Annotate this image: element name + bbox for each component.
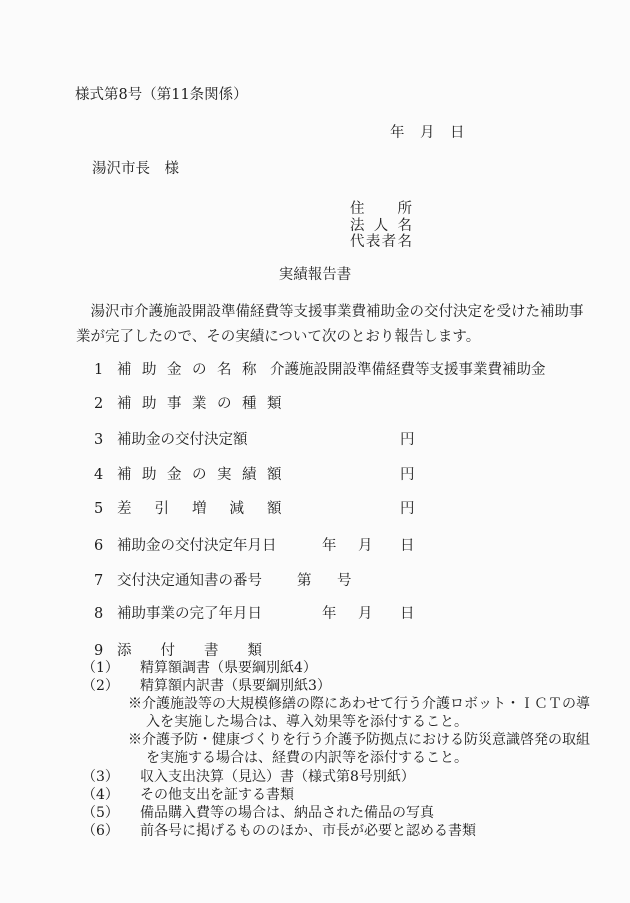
date-day-label: 日	[400, 606, 415, 623]
form-number: 様式第8号（第11条関係）	[75, 87, 248, 104]
item-label: 補助金の交付決定額	[117, 432, 248, 449]
sender-block: 住所 法人名 代表者名	[350, 201, 412, 251]
number-prefix-label: 第	[297, 573, 312, 590]
attachment-row-5: （5） 備品購入費等の場合は、納品された備品の写真	[0, 805, 630, 825]
recipient: 湯沢市長 様	[92, 161, 179, 178]
body-paragraph: 湯沢市介護施設開設準備経費等支援事業費補助金の交付決定を受けた補助事業が完了した…	[76, 300, 586, 350]
item-number: 3	[94, 432, 103, 449]
date-month-label: 月	[358, 606, 373, 623]
sender-rep-label: 代表者名	[350, 234, 412, 251]
date-year-label: 年	[322, 606, 337, 623]
item-row-6: 6 補助金の交付決定年月日 年 月 日	[0, 538, 630, 558]
item-row-5: 5 差引増減額 円	[0, 501, 630, 521]
attachment-row-3: （3） 収入支出決算（見込）書（様式第8号別紙）	[0, 769, 630, 789]
attachment-text: 精算額調書（県要綱別紙4）	[140, 660, 317, 677]
item-number: 7	[94, 573, 103, 590]
date-day-label: 日	[400, 538, 415, 555]
attachment-text: 備品購入費等の場合は、納品された備品の写真	[140, 805, 434, 822]
attachment-text: その他支出を証する書類	[140, 787, 294, 804]
item-number: 4	[94, 467, 103, 484]
item-label: 補助事業の種類	[117, 396, 292, 413]
item-label: 添付書類	[117, 643, 291, 660]
date-month-label: 月	[420, 125, 435, 142]
attachment-number: （5）	[82, 805, 119, 822]
attachment-text: 精算額内訳書（県要綱別紙3）	[140, 678, 331, 695]
number-suffix-label: 号	[337, 573, 352, 590]
attachment-text: 前各号に掲げるもののほか、市長が必要と認める書類	[140, 823, 476, 840]
item-row-7: 7 交付決定通知書の番号 第 号	[0, 573, 630, 593]
date-year-label: 年	[390, 125, 405, 142]
item-row-2: 2 補助事業の種類	[0, 396, 630, 416]
item-number: 1	[94, 362, 103, 379]
item-value: 介護施設開設準備経費等支援事業費補助金	[270, 362, 546, 379]
item-number: 5	[94, 501, 103, 518]
sender-address-label: 住所	[350, 201, 412, 218]
item-label: 補助金の交付決定年月日	[117, 538, 277, 555]
item-label: 補助金の実績額	[117, 467, 292, 484]
date-month-label: 月	[358, 538, 373, 555]
attachment-row-1: （1） 精算額調書（県要綱別紙4）	[0, 660, 630, 680]
attachment-number: （6）	[82, 823, 119, 840]
date-day-label: 日	[450, 125, 465, 142]
attachment-row-4: （4） その他支出を証する書類	[0, 787, 630, 807]
item-number: 2	[94, 396, 103, 413]
sender-corp-label: 法人名	[350, 218, 412, 235]
document-page: 様式第8号（第11条関係） 年 月 日 湯沢市長 様 住所 法人名 代表者名 実…	[0, 0, 630, 903]
item-number: 6	[94, 538, 103, 555]
yen-unit-label: 円	[400, 432, 415, 449]
item-row-3: 3 補助金の交付決定額 円	[0, 432, 630, 452]
yen-unit-label: 円	[400, 501, 415, 518]
yen-unit-label: 円	[400, 467, 415, 484]
item-label: 交付決定通知書の番号	[117, 573, 262, 590]
item-row-8: 8 補助事業の完了年月日 年 月 日	[0, 606, 630, 626]
date-year-label: 年	[322, 538, 337, 555]
attachment-number: （3）	[82, 769, 119, 786]
attachment-number: （2）	[82, 678, 119, 695]
document-title: 実績報告書	[0, 267, 630, 284]
item-row-4: 4 補助金の実績額 円	[0, 467, 630, 487]
attachment-row-6: （6） 前各号に掲げるもののほか、市長が必要と認める書類	[0, 823, 630, 843]
item-label: 補助事業の完了年月日	[117, 606, 262, 623]
attachment-number: （4）	[82, 787, 119, 804]
attachment-note-robot-ict: ※介護施設等の大規模修繕の際にあわせて行う介護ロボット・ＩＣＴの導入を実施した場…	[128, 695, 598, 731]
item-number: 8	[94, 606, 103, 623]
item-label: 補助金の名称	[117, 362, 267, 379]
item-row-1: 1 補助金の名称 介護施設開設準備経費等支援事業費補助金	[0, 362, 630, 382]
attachment-note-disaster-awareness: ※介護予防・健康づくりを行う介護予防拠点における防災意識啓発の取組を実施する場合…	[128, 731, 598, 767]
attachment-text: 収入支出決算（見込）書（様式第8号別紙）	[140, 769, 415, 786]
attachment-number: （1）	[82, 660, 119, 677]
item-label: 差引増減額	[117, 501, 305, 518]
item-number: 9	[94, 643, 103, 660]
